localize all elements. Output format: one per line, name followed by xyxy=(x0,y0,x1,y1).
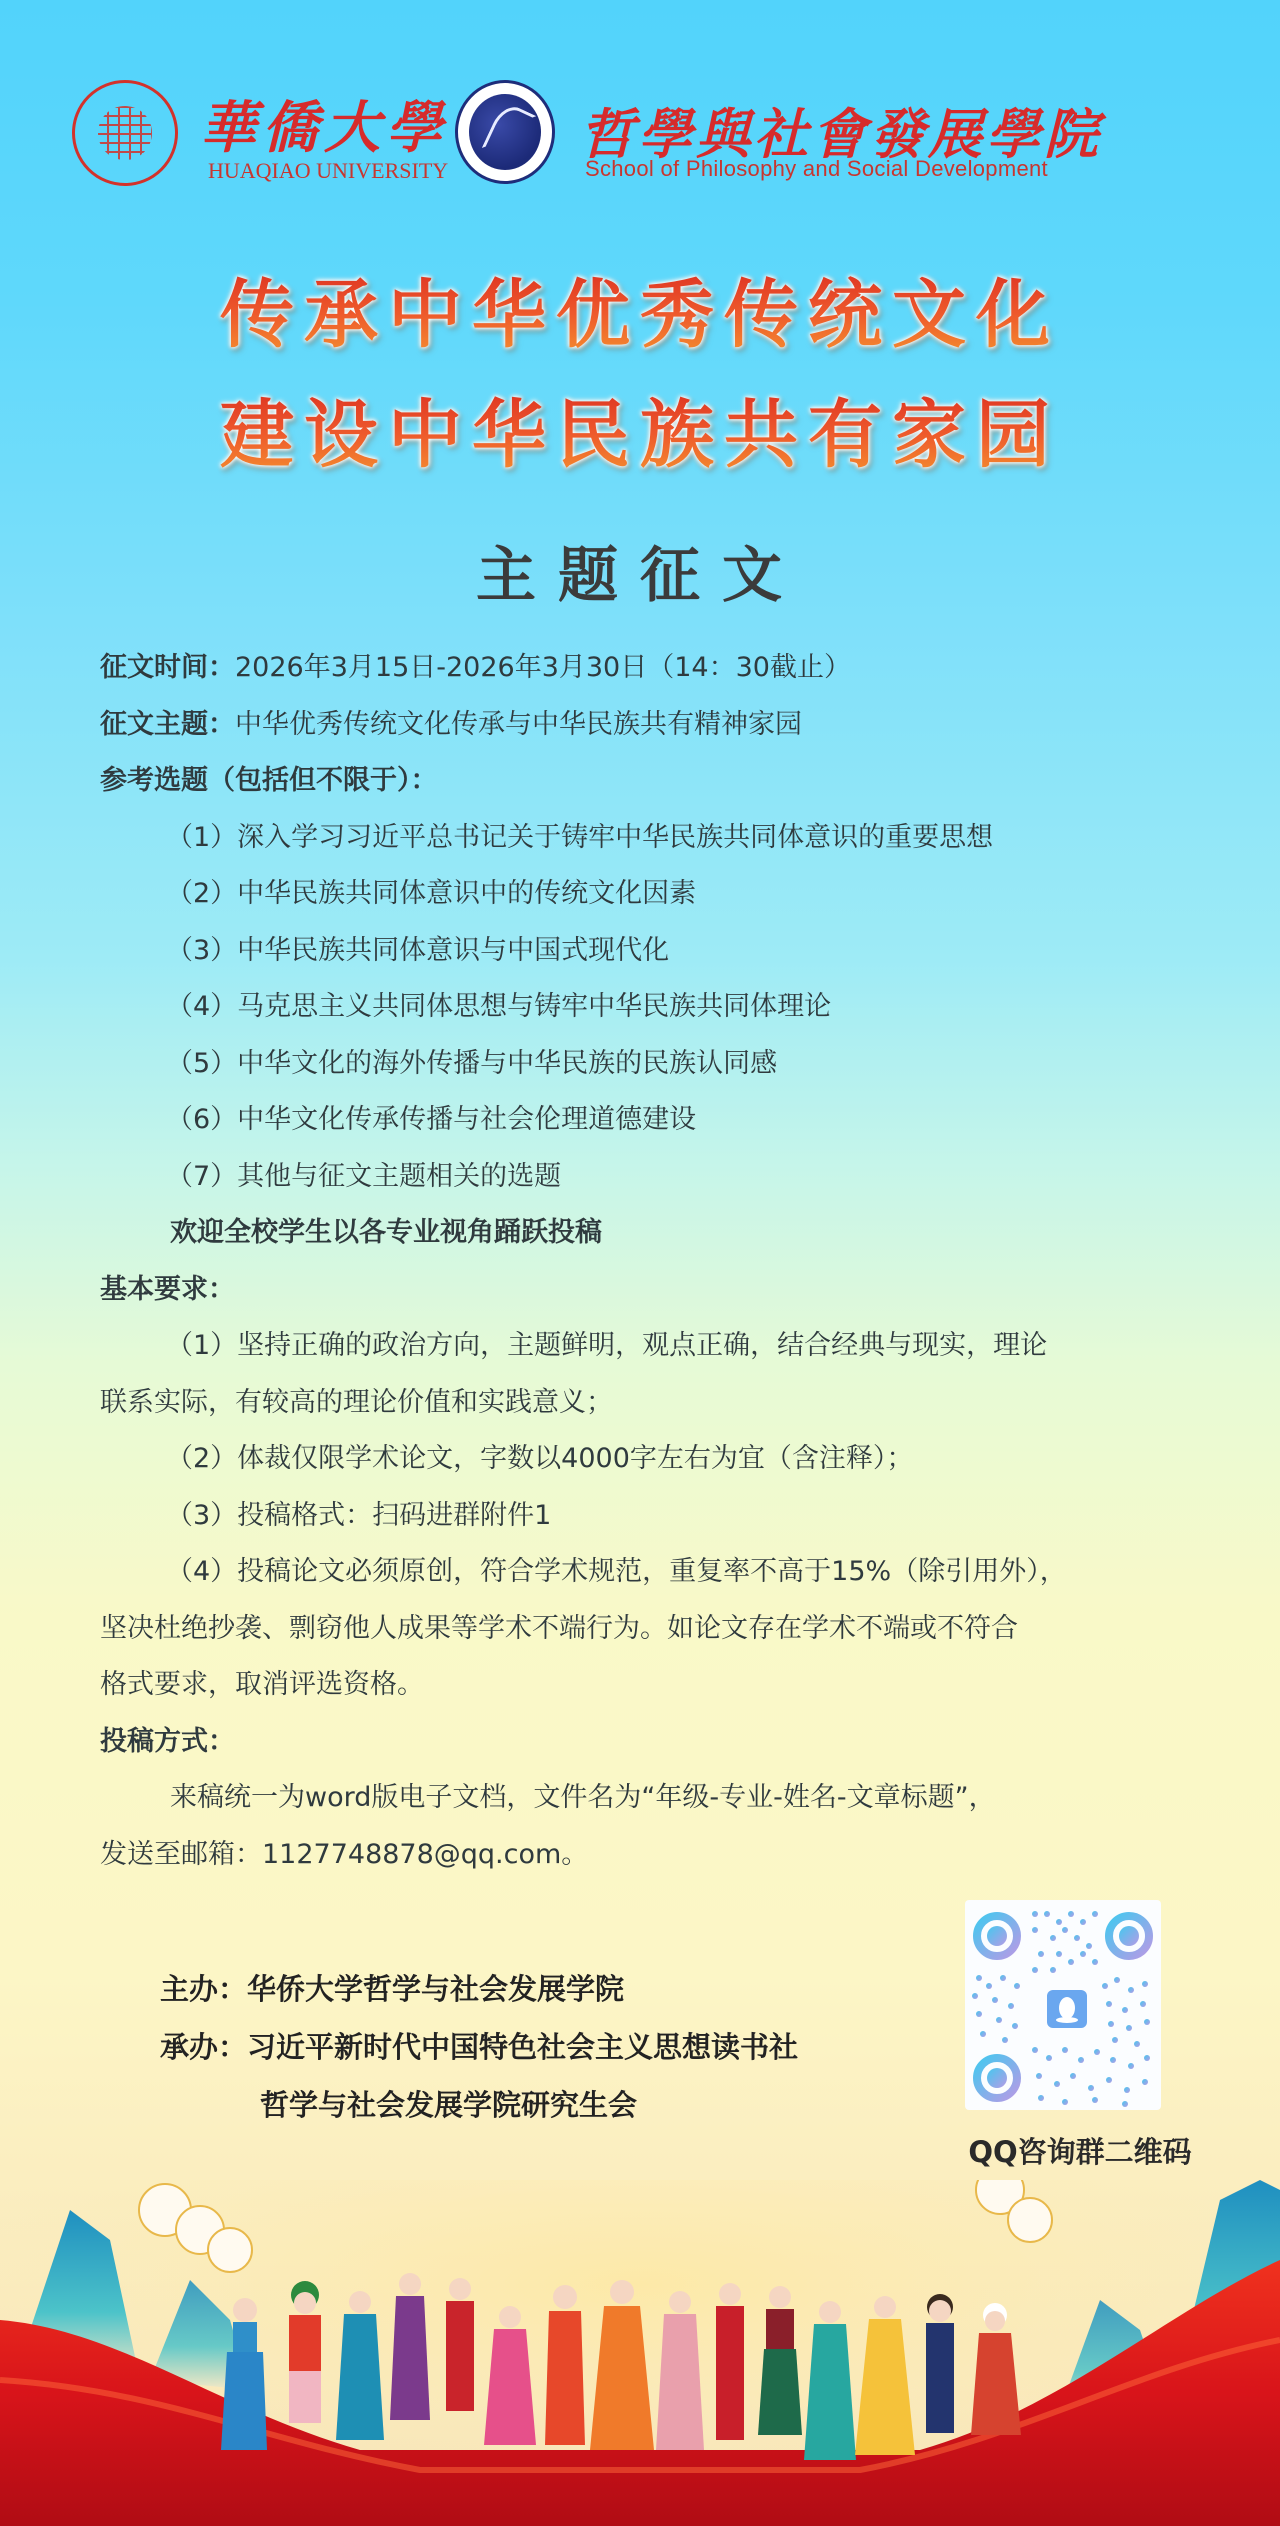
welcome-note: 欢迎全校学生以各专业视角踊跃投稿 xyxy=(100,1205,1200,1262)
topic-item: （6）中华文化传承传播与社会伦理道德建设 xyxy=(100,1092,1200,1149)
co-organizer-row: 承办：习近平新时代中国特色社会主义思想读书社 xyxy=(160,2018,798,2076)
topic-item: （4）马克思主义共同体思想与铸牢中华民族共同体理论 xyxy=(100,979,1200,1036)
submission-heading: 投稿方式： xyxy=(100,1714,1200,1771)
globe-icon xyxy=(98,106,152,160)
school-name-en: School of Philosophy and Social Developm… xyxy=(585,156,1048,182)
host-value: 华侨大学哲学与社会发展学院 xyxy=(247,1972,624,2006)
host-label: 主办： xyxy=(160,1972,247,2006)
headline-line-2: 建设中华民族共有家园 xyxy=(0,376,1280,482)
host-row: 主办：华侨大学哲学与社会发展学院 xyxy=(160,1960,798,2018)
landscape-illustration-icon xyxy=(0,2180,1280,2526)
university-name-cn: 華僑大學 xyxy=(200,84,448,164)
huaqiao-university-logo xyxy=(72,80,178,186)
university-name-en: HUAQIAO UNIVERSITY xyxy=(208,158,448,184)
qr-code-icon xyxy=(965,1900,1161,2110)
requirement-line: （2）体裁仅限学术论文，字数以4000字左右为宜（含注释）； xyxy=(100,1431,1200,1488)
co-organizer-row-2: 哲学与社会发展学院研究生会 xyxy=(160,2076,798,2134)
requirement-line: （1）坚持正确的政治方向，主题鲜明，观点正确，结合经典与现实，理论 xyxy=(100,1318,1200,1375)
topic-item: （3）中华民族共同体意识与中国式现代化 xyxy=(100,923,1200,980)
qr-caption: QQ咨询群二维码 xyxy=(950,2130,1210,2171)
requirement-line: （4）投稿论文必须原创，符合学术规范，重复率不高于15%（除引用外）， xyxy=(100,1544,1200,1601)
co-organizer-label: 承办： xyxy=(160,2030,247,2064)
topic-item: （1）深入学习习近平总书记关于铸牢中华民族共同体意识的重要思想 xyxy=(100,810,1200,867)
requirement-line: 格式要求，取消评选资格。 xyxy=(100,1657,1200,1714)
crane-emblem-icon xyxy=(469,94,541,170)
co-organizer-value: 习近平新时代中国特色社会主义思想读书社 xyxy=(247,2030,798,2064)
requirement-line: （3）投稿格式：扫码进群附件1 xyxy=(100,1488,1200,1545)
call-for-papers-details: 征文时间：2026年3月15日-2026年3月30日（14：30截止） 征文主题… xyxy=(100,640,1200,1883)
period-value: 2026年3月15日-2026年3月30日（14：30截止） xyxy=(235,652,851,683)
theme-value: 中华优秀传统文化传承与中华民族共有精神家园 xyxy=(235,709,802,740)
topic-item: （7）其他与征文主题相关的选题 xyxy=(100,1149,1200,1206)
theme-row: 征文主题：中华优秀传统文化传承与中华民族共有精神家园 xyxy=(100,697,1200,754)
submission-email-line[interactable]: 发送至邮箱：1127748878@qq.com。 xyxy=(100,1827,1200,1884)
theme-label: 征文主题： xyxy=(100,709,235,740)
qq-group-qr-code[interactable] xyxy=(965,1900,1161,2110)
period-label: 征文时间： xyxy=(100,652,235,683)
topic-item: （2）中华民族共同体意识中的传统文化因素 xyxy=(100,866,1200,923)
organizers: 主办：华侨大学哲学与社会发展学院 承办：习近平新时代中国特色社会主义思想读书社 … xyxy=(160,1960,798,2134)
submission-line: 来稿统一为word版电子文档，文件名为“年级-专业-姓名-文章标题”， xyxy=(100,1770,1200,1827)
topic-item: （5）中华文化的海外传播与中华民族的民族认同感 xyxy=(100,1036,1200,1093)
topics-heading: 参考选题（包括但不限于）： xyxy=(100,753,1200,810)
requirements-heading: 基本要求： xyxy=(100,1262,1200,1319)
period-row: 征文时间：2026年3月15日-2026年3月30日（14：30截止） xyxy=(100,640,1200,697)
requirement-line: 联系实际，有较高的理论价值和实践意义； xyxy=(100,1375,1200,1432)
school-logo xyxy=(455,80,555,184)
headline-line-1: 传承中华优秀传统文化 xyxy=(0,256,1280,362)
decorative-scenery xyxy=(0,2180,1280,2526)
page-subtitle: 主题征文 xyxy=(0,528,1280,614)
requirement-line: 坚决杜绝抄袭、剽窃他人成果等学术不端行为。如论文存在学术不端或不符合 xyxy=(100,1601,1200,1658)
